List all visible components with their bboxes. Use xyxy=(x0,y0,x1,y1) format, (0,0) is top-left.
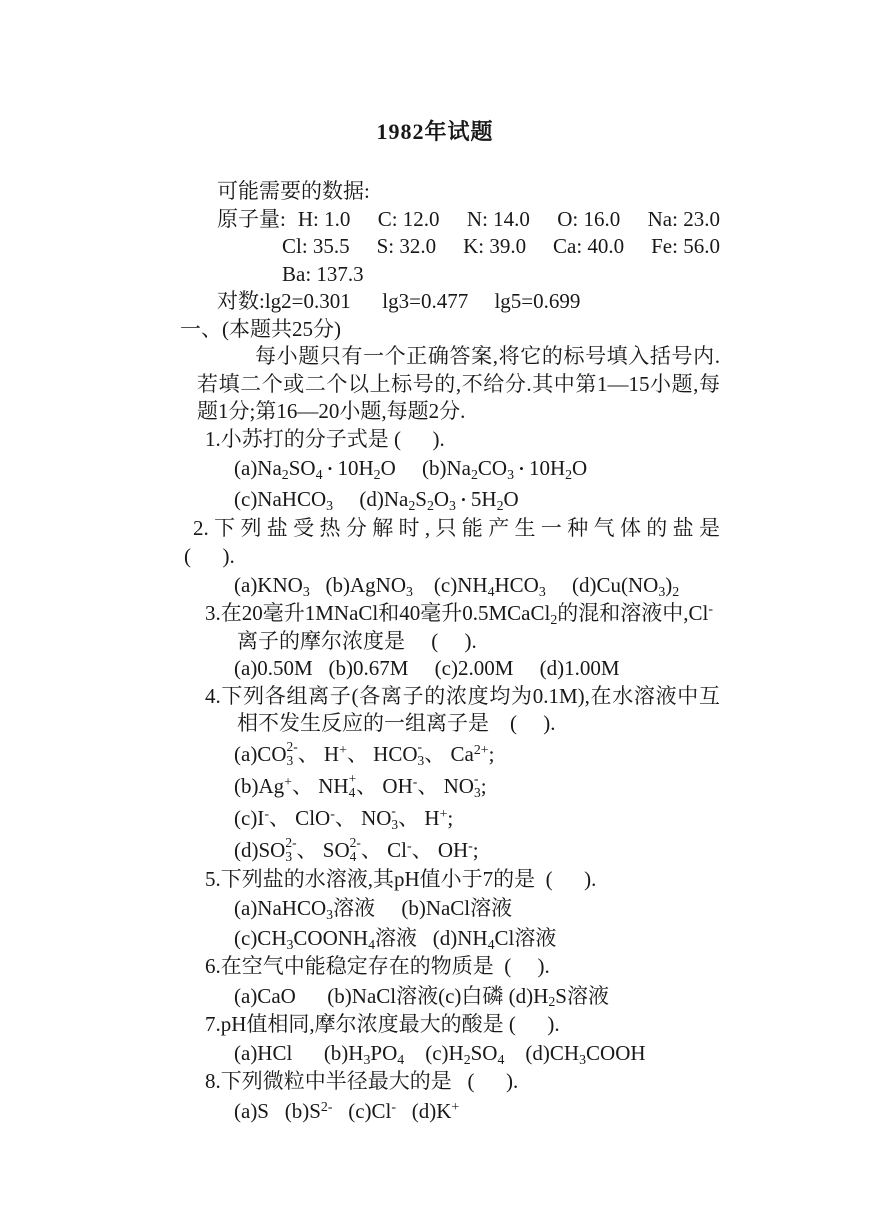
page-title: 1982年试题 xyxy=(150,119,720,145)
atomic-weight-cl: Cl: 35.5 xyxy=(282,233,350,261)
question-1-options-line-2: (c)NaHCO3 (d)Na2S2O3 • 5H2O xyxy=(150,484,720,515)
atomic-weight-ca: Ca: 40.0 xyxy=(553,233,624,261)
question-4-option-d: (d)SO2-3、 SO2-4、 Cl-、 OH-; xyxy=(150,834,720,866)
question-4-option-b: (b)Ag+、 NH+4、 OH-、 NO-3; xyxy=(150,770,720,802)
atomic-weights-row-3: Ba: 137.3 xyxy=(150,261,720,289)
question-4-stem-continuation: 相不发生反应的一组离子是 ( ). xyxy=(150,710,720,738)
atomic-weights-row-2: Cl: 35.5 S: 32.0 K: 39.0 Ca: 40.0 Fe: 56… xyxy=(150,233,720,261)
atomic-weights-items-1: H: 1.0 C: 12.0 N: 14.0 O: 16.0 Na: 23.0 xyxy=(298,206,720,234)
instructions-line-2: 若填二个或二个以上标号的,不给分.其中第1—15小题,每 xyxy=(150,371,720,399)
instructions-line-3: 题1分;第16—20小题,每题2分. xyxy=(150,398,720,426)
atomic-weight-fe: Fe: 56.0 xyxy=(651,233,720,261)
atomic-weight-h: H: 1.0 xyxy=(298,206,351,234)
question-1-stem: 1.小苏打的分子式是 ( ). xyxy=(150,426,720,454)
atomic-weight-s: S: 32.0 xyxy=(377,233,437,261)
data-needed-header: 可能需要的数据: xyxy=(150,178,720,206)
question-4-option-a: (a)CO2-3、 H+、 HCO-3、 Ca2+; xyxy=(150,738,720,770)
question-1-options-line-1: (a)Na2SO4 • 10H2O (b)Na2CO3 • 10H2O xyxy=(150,453,720,484)
question-5-options-line-2: (c)CH3COONH4溶液 (d)NH4Cl溶液 xyxy=(150,923,720,953)
question-3-stem: 3.在20毫升1MNaCl和40毫升0.5MCaCl2的混和溶液中,Cl- xyxy=(150,600,720,628)
question-3-options: (a)0.50M (b)0.67M (c)2.00M (d)1.00M xyxy=(150,655,720,683)
question-7-options: (a)HCl (b)H3PO4 (c)H2SO4 (d)CH3COOH xyxy=(150,1038,720,1068)
atomic-weights-items-2: Cl: 35.5 S: 32.0 K: 39.0 Ca: 40.0 Fe: 56… xyxy=(282,233,720,261)
logarithm-values-line: 对数:lg2=0.301 lg3=0.477 lg5=0.699 xyxy=(150,288,720,316)
section-1-heading: 一、(本题共25分) xyxy=(150,316,720,344)
content-column: 1982年试题 可能需要的数据: 原子量: H: 1.0 C: 12.0 N: … xyxy=(150,119,720,1126)
question-8-stem: 8.下列微粒中半径最大的是 ( ). xyxy=(150,1068,720,1096)
exam-page: 1982年试题 可能需要的数据: 原子量: H: 1.0 C: 12.0 N: … xyxy=(0,0,869,1229)
question-7-stem: 7.pH值相同,摩尔浓度最大的酸是 ( ). xyxy=(150,1011,720,1039)
atomic-weights-label: 原子量: xyxy=(217,206,286,234)
atomic-weight-na: Na: 23.0 xyxy=(648,206,720,234)
question-3-stem-continuation: 离子的摩尔浓度是 ( ). xyxy=(150,628,720,656)
instructions-line-1: 每小题只有一个正确答案,将它的标号填入括号内. xyxy=(150,343,720,371)
question-6-stem: 6.在空气中能稳定存在的物质是 ( ). xyxy=(150,953,720,981)
question-4-option-c: (c)I-、 ClO-、 NO-3、 H+; xyxy=(150,802,720,834)
question-6-options: (a)CaO (b)NaCl溶液(c)白磷 (d)H2S溶液 xyxy=(150,981,720,1011)
question-5-options-line-1: (a)NaHCO3溶液 (b)NaCl溶液 xyxy=(150,893,720,923)
atomic-weight-c: C: 12.0 xyxy=(378,206,440,234)
atomic-weight-o: O: 16.0 xyxy=(557,206,620,234)
atomic-weight-n: N: 14.0 xyxy=(467,206,530,234)
atomic-weights-row-1: 原子量: H: 1.0 C: 12.0 N: 14.0 O: 16.0 Na: … xyxy=(150,206,720,234)
question-4-stem: 4.下列各组离子(各离子的浓度均为0.1M),在水溶液中互 xyxy=(150,683,720,711)
question-8-options: (a)S (b)S2- (c)Cl- (d)K+ xyxy=(150,1096,720,1126)
atomic-weight-k: K: 39.0 xyxy=(463,233,526,261)
question-5-stem: 5.下列盐的水溶液,其pH值小于7的是 ( ). xyxy=(150,866,720,894)
question-2-options: (a)KNO3 (b)AgNO3 (c)NH4HCO3 (d)Cu(NO3)2 xyxy=(150,570,720,600)
question-2-stem: 2.下列盐受热分解时,只能产生一种气体的盐是 xyxy=(150,515,720,543)
question-2-answer-blank: ( ). xyxy=(150,543,720,571)
